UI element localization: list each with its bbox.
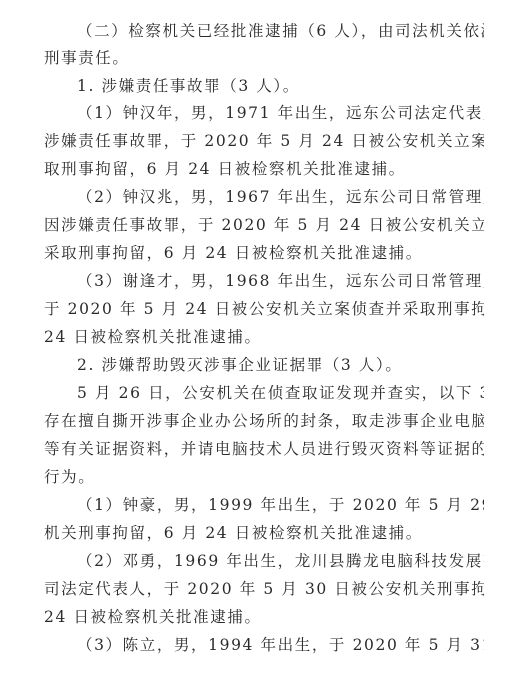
text-line: （二）检察机关已经批准逮捕（6 人），由司法机关依法追究	[77, 17, 484, 46]
text-line: （1）钟汉年，男，1971 年出生，远东公司法定代表人。因	[77, 99, 484, 128]
text-line: 因涉嫌责任事故罪，于 2020 年 5 月 24 日被公安机关立案侦查并	[44, 211, 484, 240]
text-line: 24 日被检察机关批准逮捕。	[44, 323, 484, 352]
text-line: 等有关证据资料，并请电脑技术人员进行毁灭资料等证据的违法	[44, 435, 484, 464]
text-line: 机关刑事拘留，6 月 24 日被检察机关批准逮捕。	[44, 519, 484, 548]
text-line: 1. 涉嫌责任事故罪（3 人）。	[77, 72, 484, 101]
text-line: 存在擅自撕开涉事企业办公场所的封条，取走涉事企业电脑硬盘	[44, 407, 484, 436]
text-line: 2. 涉嫌帮助毁灭涉事企业证据罪（3 人）。	[77, 351, 484, 380]
document-page: （二）检察机关已经批准逮捕（6 人），由司法机关依法追究 刑事责任。 1. 涉嫌…	[0, 0, 505, 677]
text-line: 5 月 26 日，公安机关在侦查取证发现并查实，以下 3 名人员	[77, 379, 484, 408]
text-line: （1）钟豪，男，1999 年出生，于 2020 年 5 月 29 日被公安	[77, 491, 484, 520]
text-line: 采取刑事拘留，6 月 24 日被检察机关批准逮捕。	[44, 239, 484, 268]
text-line: （2）邓勇，1969 年出生，龙川县腾龙电脑科技发展有限公	[77, 547, 484, 576]
text-line: 24 日被检察机关批准逮捕。	[44, 603, 484, 632]
text-line: 取刑事拘留，6 月 24 日被检察机关批准逮捕。	[44, 155, 484, 184]
text-line: （3）谢逢才，男，1968 年出生，远东公司日常管理人员。	[77, 267, 484, 296]
text-line: 于 2020 年 5 月 24 日被公安机关立案侦查并采取刑事拘留，6 月	[44, 295, 484, 324]
text-line: （2）钟汉兆，男，1967 年出生，远东公司日常管理人员。	[77, 183, 484, 212]
text-line: （3）陈立，男，1994 年出生，于 2020 年 5 月 31 日被公安	[77, 631, 484, 660]
text-line: 涉嫌责任事故罪，于 2020 年 5 月 24 日被公安机关立案侦查并采	[44, 127, 484, 156]
text-line: 行为。	[44, 463, 484, 492]
text-line: 刑事责任。	[44, 44, 484, 73]
text-line: 司法定代表人，于 2020 年 5 月 30 日被公安机关刑事拘留，6 月	[44, 575, 484, 604]
